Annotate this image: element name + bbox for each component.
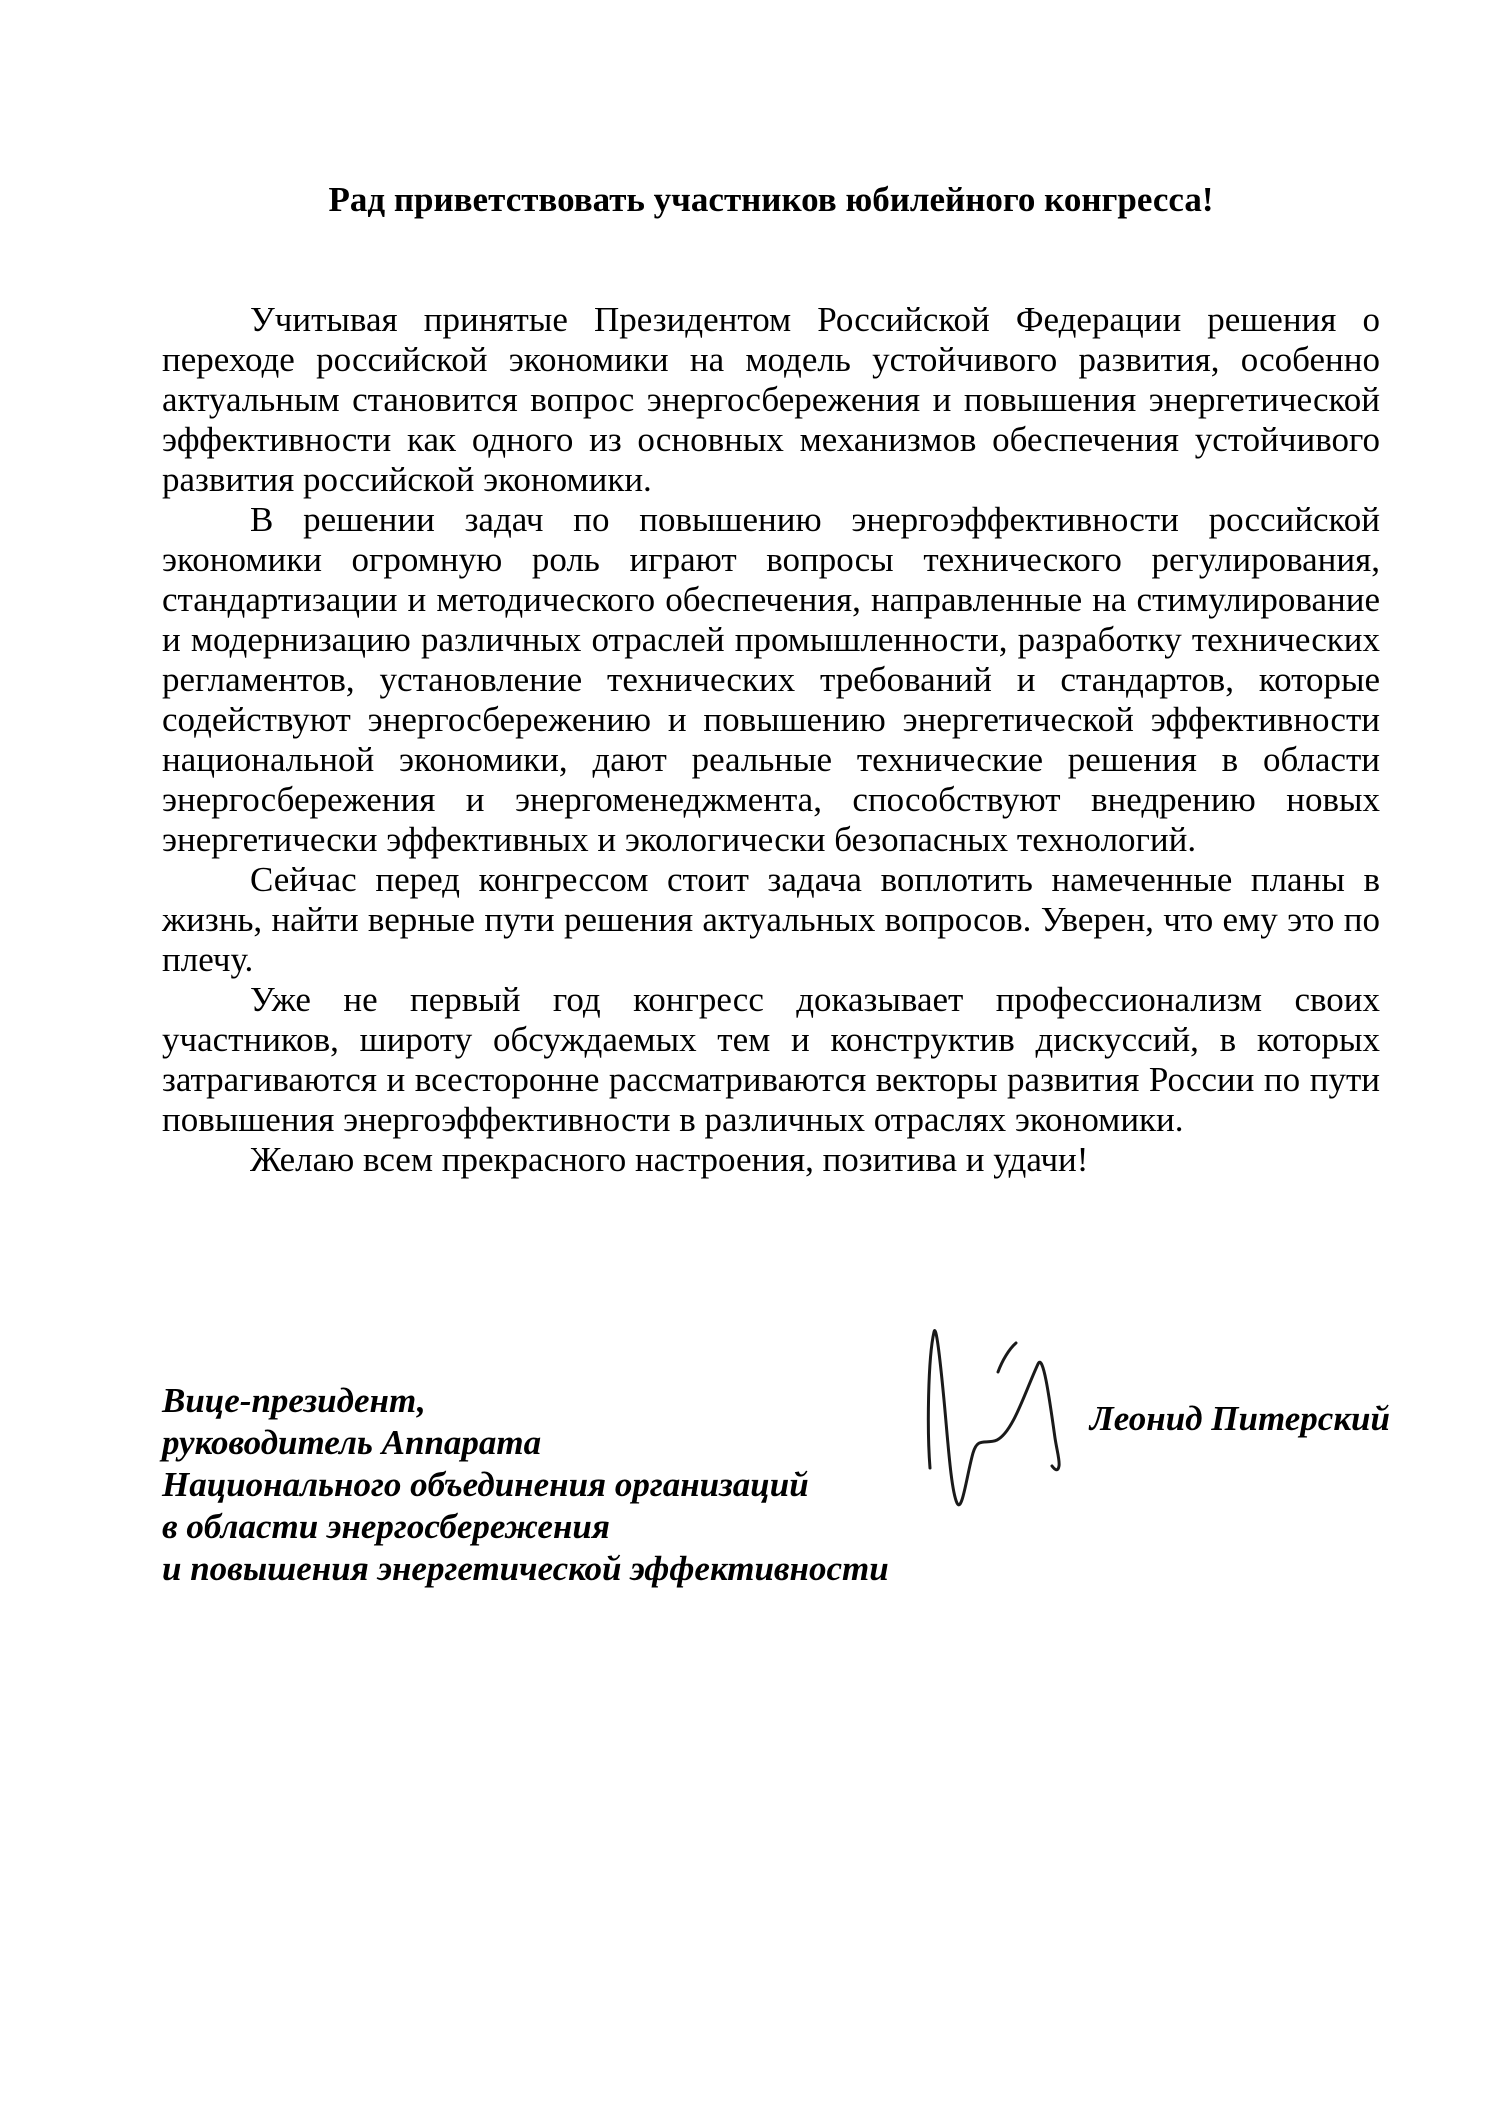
- body-paragraph: Желаю всем прекрасного настроения, позит…: [162, 1140, 1380, 1180]
- letter-content: Рад приветствовать участников юбилейного…: [162, 180, 1380, 1590]
- letter-page: Рад приветствовать участников юбилейного…: [0, 0, 1488, 2105]
- body-paragraph: Уже не первый год конгресс доказывает пр…: [162, 980, 1380, 1140]
- body-paragraph: Сейчас перед конгрессом стоит задача воп…: [162, 860, 1380, 980]
- signature-role-line: и повышения энергетической эффективности: [162, 1548, 1380, 1590]
- signature-role-line: в области энергосбережения: [162, 1506, 1380, 1548]
- handwritten-signature-scribble: [915, 1320, 1075, 1520]
- letter-body: Учитывая принятые Президентом Российской…: [162, 300, 1380, 1180]
- signer-name: Леонид Питерский: [1090, 1398, 1390, 1440]
- body-paragraph: В решении задач по повышению энергоэффек…: [162, 500, 1380, 860]
- signature-role-line: Национального объединения организаций: [162, 1464, 1380, 1506]
- body-paragraph: Учитывая принятые Президентом Российской…: [162, 300, 1380, 500]
- page-title: Рад приветствовать участников юбилейного…: [162, 180, 1380, 220]
